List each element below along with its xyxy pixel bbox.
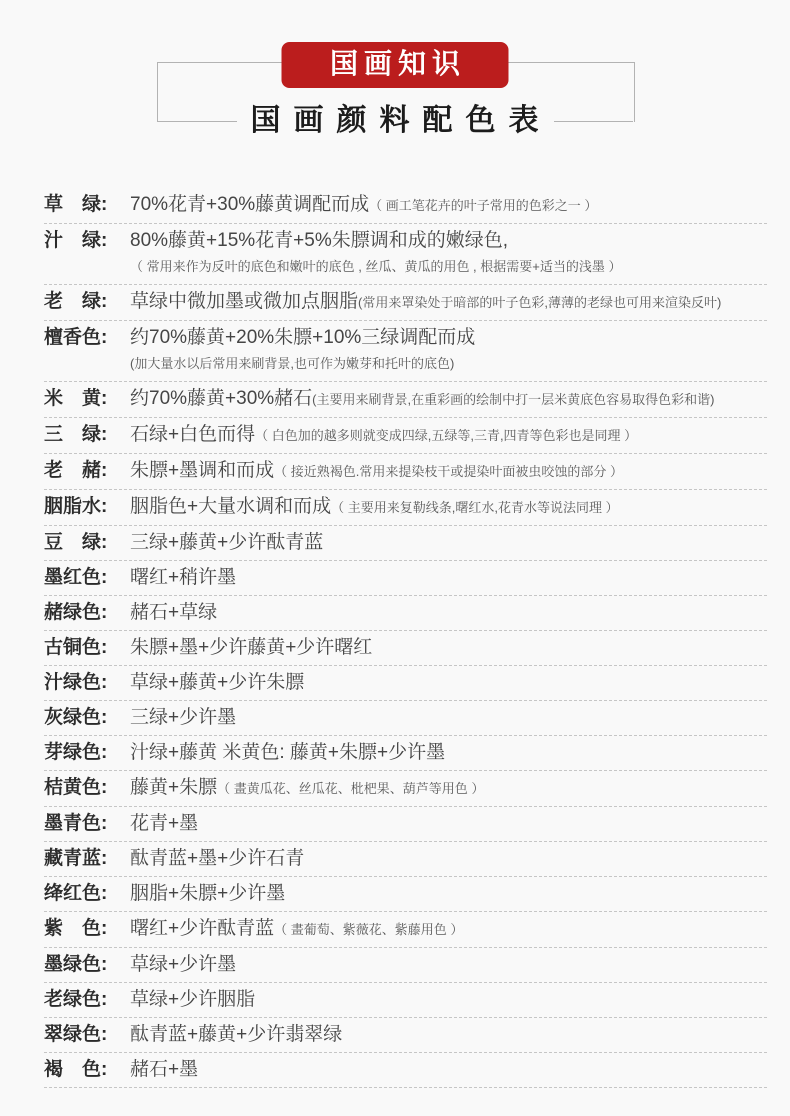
color-name-label: 汁 绿: xyxy=(44,229,130,253)
usage-note-inline: (主要用来刷背景,在重彩画的绘制中打一层米黄底色容易取得色彩和谐) xyxy=(312,392,714,407)
color-formula: 赭石+草绿 xyxy=(130,601,217,625)
color-formula: 草绿+藤黄+少许朱膘 xyxy=(130,671,304,695)
color-name-label: 藏青蓝: xyxy=(44,847,130,871)
usage-note-secondline: (加大量水以后常用来刷背景,也可作为嫩芽和托叶的底色) xyxy=(130,350,767,376)
color-row: 米 黄: 约70%藤黄+30%赭石(主要用来刷背景,在重彩画的绘制中打一层米黄底… xyxy=(44,382,767,418)
formula-text: 草绿中微加墨或微加点胭脂 xyxy=(130,291,358,312)
red-ribbon-badge: 国画知识 xyxy=(282,42,509,88)
color-formula: 胭脂色+大量水调和而成（ 主要用来复勒线条,曙红水,花青水等说法同理 ） xyxy=(130,495,619,520)
usage-note-secondline: （ 常用来作为反叶的底色和嫩叶的底色 , 丝瓜、黄瓜的用色 , 根据需要+适当的… xyxy=(130,253,767,279)
color-row-line: 老 赭: 朱膘+墨调和而成（ 接近熟褐色.常用来提染枝干或提染叶面被虫咬蚀的部分… xyxy=(44,459,767,484)
color-row-line: 豆 绿: 三绿+藤黄+少许酞青蓝 xyxy=(44,531,767,555)
color-row-line: 褐 色: 赭石+墨 xyxy=(44,1058,767,1082)
color-name-label: 墨青色: xyxy=(44,812,130,836)
color-formula: 70%花青+30%藤黄调配而成（ 画工笔花卉的叶子常用的色彩之一 ） xyxy=(130,193,597,218)
color-row-line: 藏青蓝: 酞青蓝+墨+少许石青 xyxy=(44,847,767,871)
color-row: 檀香色: 约70%藤黄+20%朱膘+10%三绿调配而成 (加大量水以后常用来刷背… xyxy=(44,321,767,382)
color-name-label: 褐 色: xyxy=(44,1058,130,1082)
color-row-line: 桔黄色: 藤黄+朱膘（ 畫黄瓜花、丝瓜花、枇杷果、葫芦等用色 ） xyxy=(44,776,767,801)
color-formula: 花青+墨 xyxy=(130,812,198,836)
color-row: 赭绿色: 赭石+草绿 xyxy=(44,596,767,631)
formula-text: 曙红+少许酞青蓝 xyxy=(130,918,274,939)
color-row-line: 墨青色: 花青+墨 xyxy=(44,812,767,836)
color-formula: 80%藤黄+15%花青+5%朱膘调和成的嫩绿色, xyxy=(130,229,508,253)
color-row: 草 绿: 70%花青+30%藤黄调配而成（ 画工笔花卉的叶子常用的色彩之一 ） xyxy=(44,188,767,224)
formula-text: 草绿+少许胭脂 xyxy=(130,989,255,1010)
color-row-line: 檀香色: 约70%藤黄+20%朱膘+10%三绿调配而成 xyxy=(44,326,767,350)
formula-text: 约70%藤黄+20%朱膘+10%三绿调配而成 xyxy=(130,327,475,348)
color-row-line: 翠绿色: 酞青蓝+藤黄+少许翡翠绿 xyxy=(44,1023,767,1047)
color-formula: 朱膘+墨调和而成（ 接近熟褐色.常用来提染枝干或提染叶面被虫咬蚀的部分 ） xyxy=(130,459,623,484)
color-formula: 藤黄+朱膘（ 畫黄瓜花、丝瓜花、枇杷果、葫芦等用色 ） xyxy=(130,776,484,801)
color-name-label: 老绿色: xyxy=(44,988,130,1012)
usage-note-inline: （ 白色加的越多则就变成四绿,五绿等,三青,四青等色彩也是同理 ） xyxy=(255,428,637,443)
page-header: 国画知识 国画颜料配色表 xyxy=(0,0,790,188)
color-row-line: 墨绿色: 草绿+少许墨 xyxy=(44,953,767,977)
color-formula: 草绿+少许墨 xyxy=(130,953,236,977)
usage-note-inline: （ 主要用来复勒线条,曙红水,花青水等说法同理 ） xyxy=(331,500,618,515)
color-row: 墨红色: 曙红+稍许墨 xyxy=(44,561,767,596)
color-formula: 酞青蓝+藤黄+少许翡翠绿 xyxy=(130,1023,342,1047)
formula-text: 朱膘+墨+少许藤黄+少许曙红 xyxy=(130,637,372,658)
formula-text: 70%花青+30%藤黄调配而成 xyxy=(130,194,369,215)
color-row-line: 草 绿: 70%花青+30%藤黄调配而成（ 画工笔花卉的叶子常用的色彩之一 ） xyxy=(44,193,767,218)
color-row: 老 绿: 草绿中微加墨或微加点胭脂(常用来罩染处于暗部的叶子色彩,薄薄的老绿也可… xyxy=(44,285,767,321)
color-name-label: 檀香色: xyxy=(44,326,130,350)
usage-note-inline: （ 畫葡萄、紫薇花、紫藤用色 ） xyxy=(274,922,463,937)
color-formula: 三绿+藤黄+少许酞青蓝 xyxy=(130,531,323,555)
color-formula: 汁绿+藤黄 米黄色: 藤黄+朱膘+少许墨 xyxy=(130,741,445,765)
color-row: 褐 色: 赭石+墨 xyxy=(44,1053,767,1088)
color-name-label: 豆 绿: xyxy=(44,531,130,555)
color-row: 胭脂水: 胭脂色+大量水调和而成（ 主要用来复勒线条,曙红水,花青水等说法同理 … xyxy=(44,490,767,526)
color-row: 绛红色: 胭脂+朱膘+少许墨 xyxy=(44,877,767,912)
formula-text: 赭石+草绿 xyxy=(130,602,217,623)
color-formula: 草绿中微加墨或微加点胭脂(常用来罩染处于暗部的叶子色彩,薄薄的老绿也可用来渲染反… xyxy=(130,290,721,315)
color-formula: 三绿+少许墨 xyxy=(130,706,236,730)
formula-text: 胭脂色+大量水调和而成 xyxy=(130,496,331,517)
color-name-label: 墨绿色: xyxy=(44,953,130,977)
formula-text: 草绿+少许墨 xyxy=(130,954,236,975)
color-formula: 赭石+墨 xyxy=(130,1058,198,1082)
color-row-line: 墨红色: 曙红+稍许墨 xyxy=(44,566,767,590)
formula-text: 石绿+白色而得 xyxy=(130,424,255,445)
formula-text: 草绿+藤黄+少许朱膘 xyxy=(130,672,304,693)
color-row-line: 米 黄: 约70%藤黄+30%赭石(主要用来刷背景,在重彩画的绘制中打一层米黄底… xyxy=(44,387,767,412)
color-name-label: 胭脂水: xyxy=(44,495,130,519)
usage-note-inline: （ 畫黄瓜花、丝瓜花、枇杷果、葫芦等用色 ） xyxy=(217,781,484,796)
color-formula: 草绿+少许胭脂 xyxy=(130,988,255,1012)
color-name-label: 古铜色: xyxy=(44,636,130,660)
usage-note-inline: (常用来罩染处于暗部的叶子色彩,薄薄的老绿也可用来渲染反叶) xyxy=(358,295,721,310)
color-row: 芽绿色: 汁绿+藤黄 米黄色: 藤黄+朱膘+少许墨 xyxy=(44,736,767,771)
color-formula: 朱膘+墨+少许藤黄+少许曙红 xyxy=(130,636,372,660)
color-formula: 约70%藤黄+30%赭石(主要用来刷背景,在重彩画的绘制中打一层米黄底色容易取得… xyxy=(130,387,714,412)
color-name-label: 赭绿色: xyxy=(44,601,130,625)
color-row: 古铜色: 朱膘+墨+少许藤黄+少许曙红 xyxy=(44,631,767,666)
color-formula: 曙红+少许酞青蓝（ 畫葡萄、紫薇花、紫藤用色 ） xyxy=(130,917,463,942)
formula-text: 朱膘+墨调和而成 xyxy=(130,460,274,481)
color-name-label: 草 绿: xyxy=(44,193,130,217)
color-row-line: 汁绿色: 草绿+藤黄+少许朱膘 xyxy=(44,671,767,695)
color-formula: 约70%藤黄+20%朱膘+10%三绿调配而成 xyxy=(130,326,475,350)
color-row: 三 绿: 石绿+白色而得（ 白色加的越多则就变成四绿,五绿等,三青,四青等色彩也… xyxy=(44,418,767,454)
color-row: 豆 绿: 三绿+藤黄+少许酞青蓝 xyxy=(44,526,767,561)
formula-text: 曙红+稍许墨 xyxy=(130,567,236,588)
color-row: 老绿色: 草绿+少许胭脂 xyxy=(44,983,767,1018)
formula-text: 酞青蓝+墨+少许石青 xyxy=(130,848,304,869)
color-name-label: 绛红色: xyxy=(44,882,130,906)
usage-note-inline: （ 接近熟褐色.常用来提染枝干或提染叶面被虫咬蚀的部分 ） xyxy=(274,464,623,479)
color-formula: 石绿+白色而得（ 白色加的越多则就变成四绿,五绿等,三青,四青等色彩也是同理 ） xyxy=(130,423,637,448)
title-row: 国画颜料配色表 xyxy=(157,103,633,139)
color-row: 桔黄色: 藤黄+朱膘（ 畫黄瓜花、丝瓜花、枇杷果、葫芦等用色 ） xyxy=(44,771,767,807)
color-name-label: 老 赭: xyxy=(44,459,130,483)
color-row: 墨青色: 花青+墨 xyxy=(44,807,767,842)
color-formula-list: 草 绿: 70%花青+30%藤黄调配而成（ 画工笔花卉的叶子常用的色彩之一 ） … xyxy=(44,188,767,1088)
color-row-line: 古铜色: 朱膘+墨+少许藤黄+少许曙红 xyxy=(44,636,767,660)
color-name-label: 紫 色: xyxy=(44,917,130,941)
formula-text: 花青+墨 xyxy=(130,813,198,834)
color-row-line: 老绿色: 草绿+少许胭脂 xyxy=(44,988,767,1012)
color-name-label: 老 绿: xyxy=(44,290,130,314)
formula-text: 赭石+墨 xyxy=(130,1059,198,1080)
page-title: 国画颜料配色表 xyxy=(237,103,554,139)
color-name-label: 墨红色: xyxy=(44,566,130,590)
formula-text: 三绿+藤黄+少许酞青蓝 xyxy=(130,532,323,553)
color-row-line: 胭脂水: 胭脂色+大量水调和而成（ 主要用来复勒线条,曙红水,花青水等说法同理 … xyxy=(44,495,767,520)
formula-text: 藤黄+朱膘 xyxy=(130,777,217,798)
badge-label: 国画知识 xyxy=(324,51,466,79)
color-formula: 胭脂+朱膘+少许墨 xyxy=(130,882,285,906)
color-row-line: 赭绿色: 赭石+草绿 xyxy=(44,601,767,625)
color-row-line: 老 绿: 草绿中微加墨或微加点胭脂(常用来罩染处于暗部的叶子色彩,薄薄的老绿也可… xyxy=(44,290,767,315)
color-row-line: 三 绿: 石绿+白色而得（ 白色加的越多则就变成四绿,五绿等,三青,四青等色彩也… xyxy=(44,423,767,448)
color-formula: 酞青蓝+墨+少许石青 xyxy=(130,847,304,871)
usage-note-inline: （ 画工笔花卉的叶子常用的色彩之一 ） xyxy=(369,198,597,213)
formula-text: 80%藤黄+15%花青+5%朱膘调和成的嫩绿色, xyxy=(130,230,508,251)
color-name-label: 芽绿色: xyxy=(44,741,130,765)
color-row: 紫 色: 曙红+少许酞青蓝（ 畫葡萄、紫薇花、紫藤用色 ） xyxy=(44,912,767,948)
color-name-label: 米 黄: xyxy=(44,387,130,411)
color-name-label: 汁绿色: xyxy=(44,671,130,695)
color-name-label: 三 绿: xyxy=(44,423,130,447)
color-row: 灰绿色: 三绿+少许墨 xyxy=(44,701,767,736)
color-row-line: 绛红色: 胭脂+朱膘+少许墨 xyxy=(44,882,767,906)
color-row-line: 紫 色: 曙红+少许酞青蓝（ 畫葡萄、紫薇花、紫藤用色 ） xyxy=(44,917,767,942)
color-row-line: 灰绿色: 三绿+少许墨 xyxy=(44,706,767,730)
color-row: 老 赭: 朱膘+墨调和而成（ 接近熟褐色.常用来提染枝干或提染叶面被虫咬蚀的部分… xyxy=(44,454,767,490)
formula-text: 汁绿+藤黄 米黄色: 藤黄+朱膘+少许墨 xyxy=(130,742,445,763)
color-name-label: 桔黄色: xyxy=(44,776,130,800)
formula-text: 酞青蓝+藤黄+少许翡翠绿 xyxy=(130,1024,342,1045)
color-row-line: 汁 绿: 80%藤黄+15%花青+5%朱膘调和成的嫩绿色, xyxy=(44,229,767,253)
formula-text: 三绿+少许墨 xyxy=(130,707,236,728)
color-row: 藏青蓝: 酞青蓝+墨+少许石青 xyxy=(44,842,767,877)
color-row-line: 芽绿色: 汁绿+藤黄 米黄色: 藤黄+朱膘+少许墨 xyxy=(44,741,767,765)
color-formula: 曙红+稍许墨 xyxy=(130,566,236,590)
color-row: 墨绿色: 草绿+少许墨 xyxy=(44,948,767,983)
color-row: 汁绿色: 草绿+藤黄+少许朱膘 xyxy=(44,666,767,701)
color-row: 翠绿色: 酞青蓝+藤黄+少许翡翠绿 xyxy=(44,1018,767,1053)
formula-text: 约70%藤黄+30%赭石 xyxy=(130,388,312,409)
color-name-label: 灰绿色: xyxy=(44,706,130,730)
color-row: 汁 绿: 80%藤黄+15%花青+5%朱膘调和成的嫩绿色, （ 常用来作为反叶的… xyxy=(44,224,767,285)
formula-text: 胭脂+朱膘+少许墨 xyxy=(130,883,285,904)
color-name-label: 翠绿色: xyxy=(44,1023,130,1047)
